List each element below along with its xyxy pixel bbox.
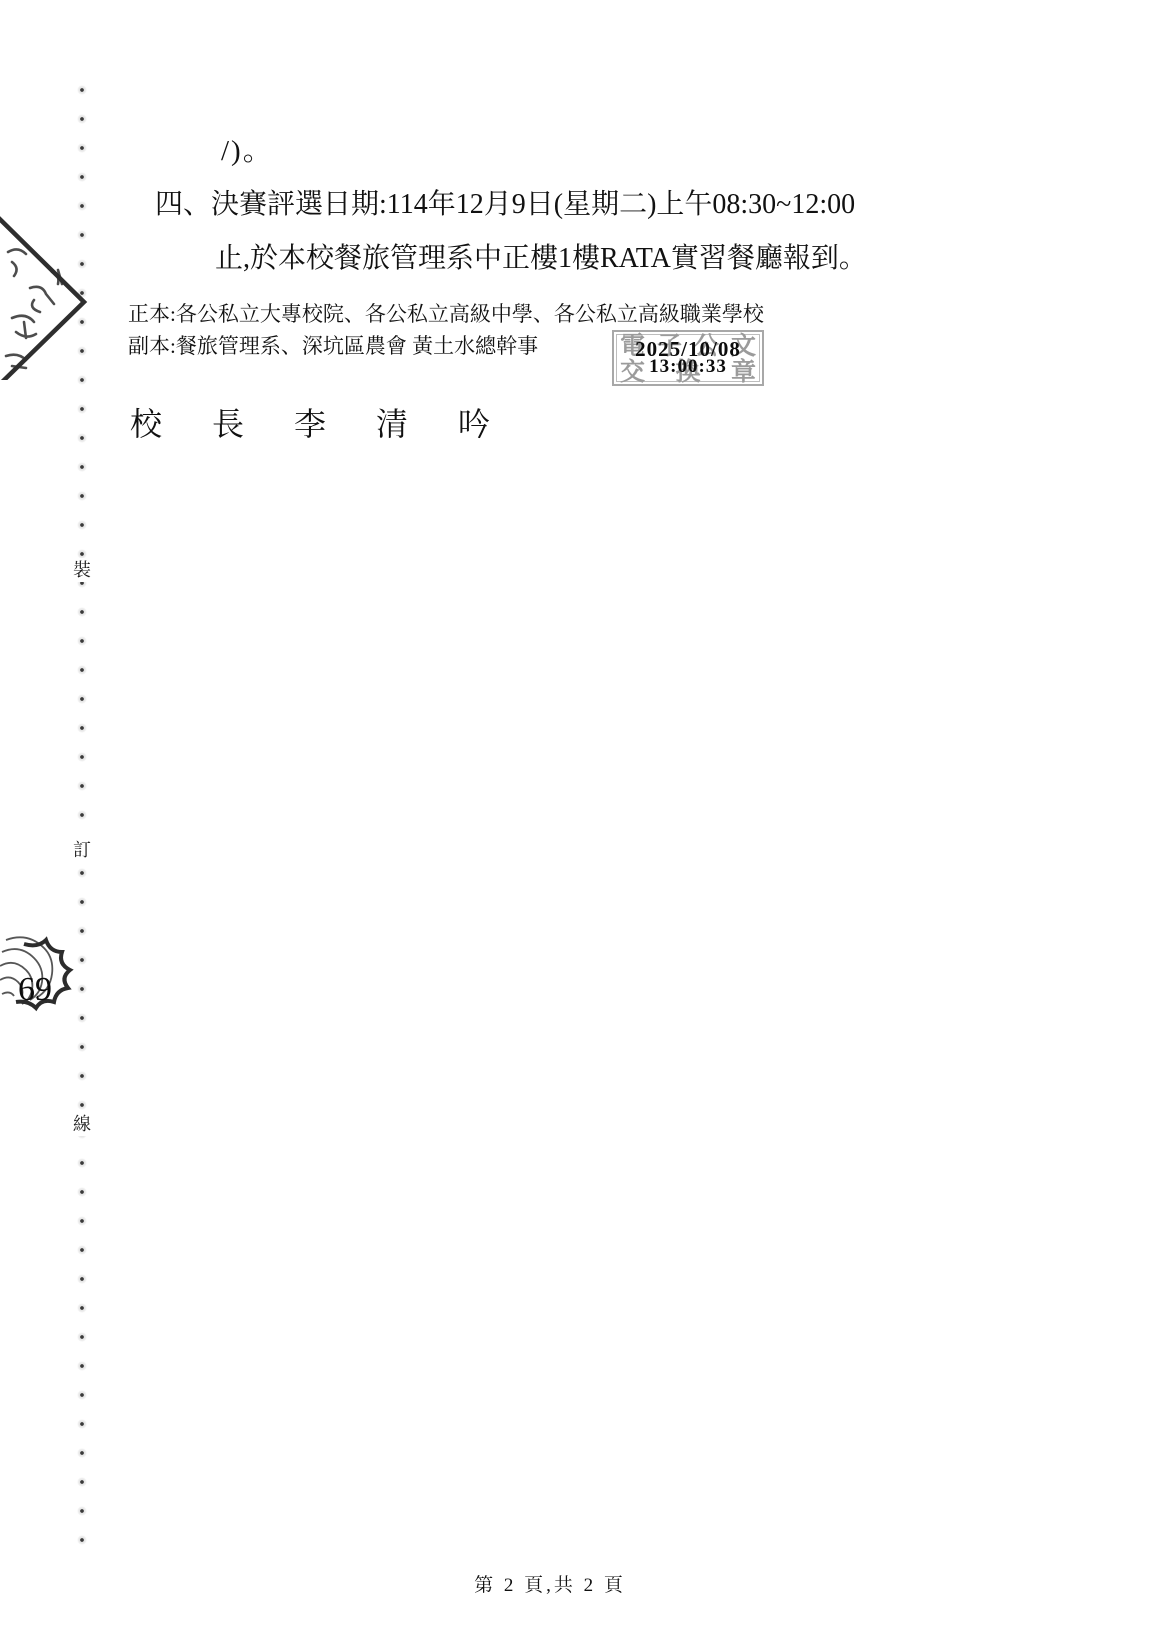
document-page: 裝 訂 線 69 [0,0,1158,1649]
exchange-stamp-time: 13:00:33 [614,356,762,378]
principal-signature: 校 長 李 清 吟 [130,399,511,445]
page-footer: 第 2 頁,共 2 頁 [0,1570,1158,1597]
recipients-copy-line: 副本:餐旅管理系、深坑區農會 黃土水總幹事 [128,330,538,360]
binding-mark-ding: 訂 [70,838,94,862]
binding-mark-zhuang: 裝 [70,558,94,582]
page-number-text: 第 2 頁,共 2 頁 [474,1570,626,1597]
item4-date-line: 四、決賽評選日期:114年12月9日(星期二)上午08:30~12:00 [155,182,855,222]
binding-mark-xian: 線 [70,1112,94,1136]
corner-seal-stamp [0,210,100,380]
item4-location-line: 止,於本校餐旅管理系中正樓1樓RATA實習餐廳報到。 [215,236,867,276]
electronic-exchange-stamp: 電 子 公 文 交 換 章 2025/10/08 13:00:33 [612,330,764,386]
round-guilloche-seal: 69 [0,918,90,1038]
recipients-primary-line: 正本:各公私立大專校院、各公私立高級中學、各公私立高級職業學校 [128,298,764,328]
seal-number: 69 [18,971,52,1008]
continuation-line: /)。 [221,128,274,169]
